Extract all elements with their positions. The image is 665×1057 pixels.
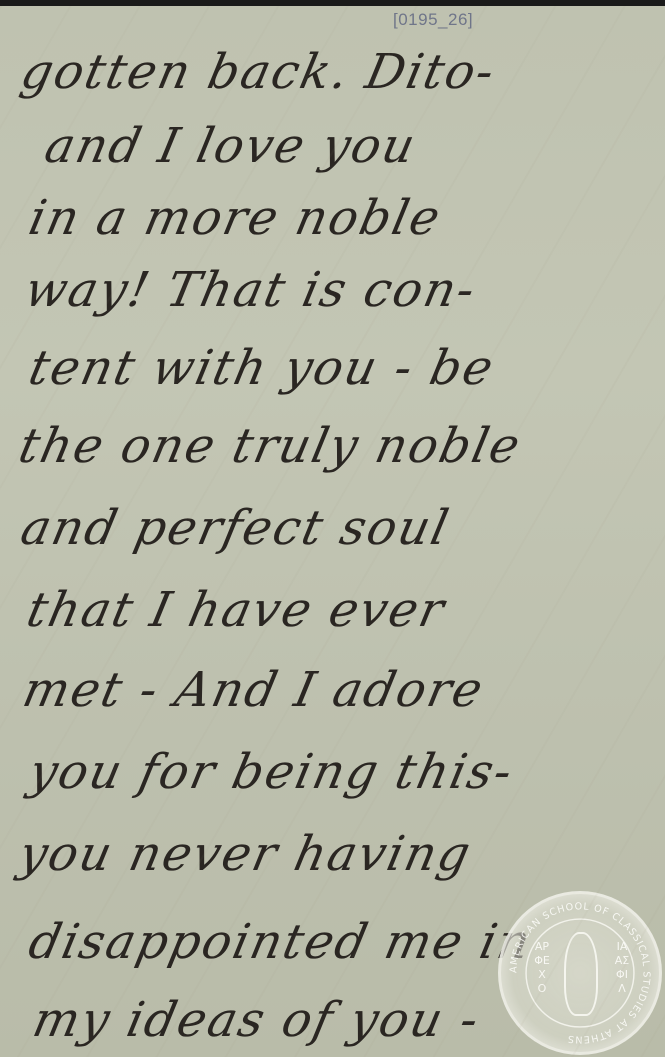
archive-reference: [0195_26] <box>393 10 473 30</box>
embossed-seal: AMERICAN SCHOOL OF CLASSICAL STUDIES AT … <box>498 891 662 1055</box>
handwritten-line-5: tent with you - be <box>24 340 500 396</box>
handwritten-line-9: met - And I adore <box>18 662 489 718</box>
vase-icon <box>564 932 598 1016</box>
handwritten-line-11: you never having <box>14 826 477 882</box>
handwritten-line-12: disappointed me in <box>24 914 537 970</box>
letter-page: [0195_26] gotten back. Dito- and I love … <box>0 6 665 1057</box>
handwritten-line-10: you for being this- <box>24 744 519 800</box>
handwritten-line-2: and I love you <box>40 118 422 174</box>
handwritten-line-3: in a more noble <box>24 190 447 246</box>
handwritten-line-1: gotten back. Dito- <box>16 44 501 100</box>
seal-left-glyphs: ΑΡΦΕΧΟ <box>527 940 557 996</box>
handwritten-line-8: that I have ever <box>22 582 451 638</box>
handwritten-line-7: and perfect soul <box>16 500 455 556</box>
handwritten-line-13: my ideas of you - <box>28 992 485 1048</box>
handwritten-line-6: the one truly noble <box>14 418 526 474</box>
seal-right-glyphs: ΙΑΑΣΦΙΛ <box>607 940 637 996</box>
handwritten-line-4: way! That is con- <box>20 262 482 318</box>
